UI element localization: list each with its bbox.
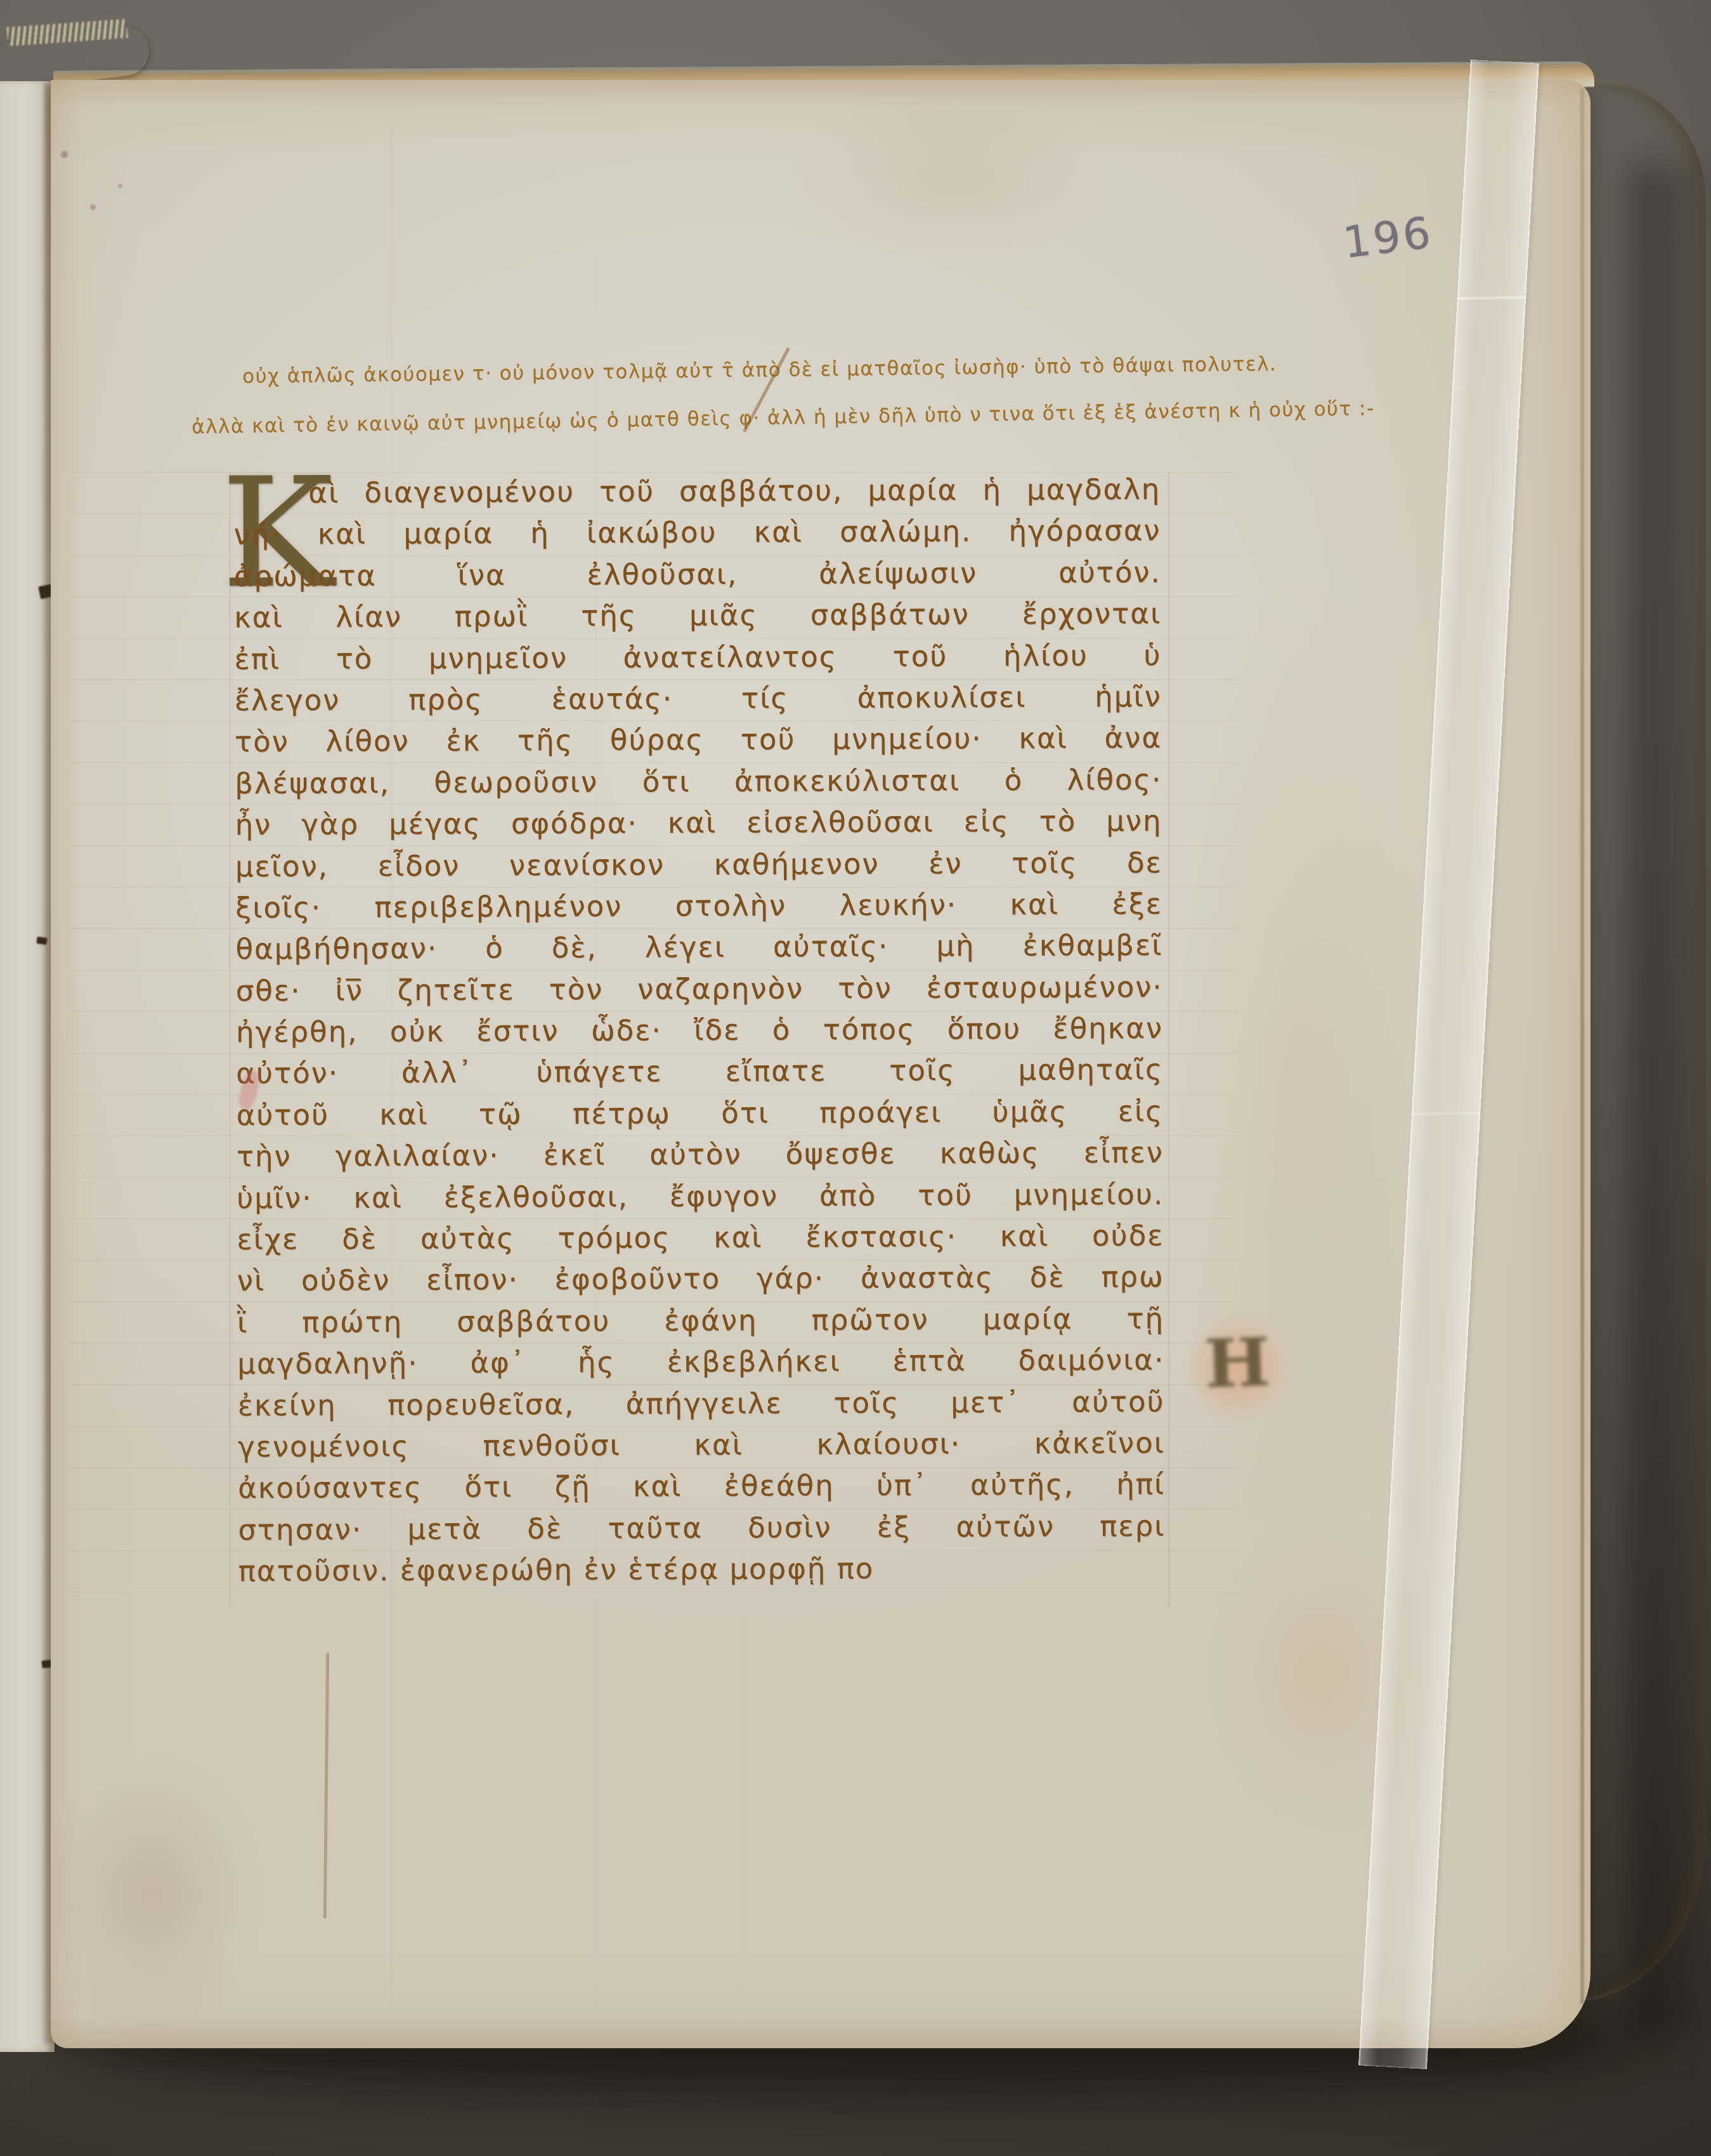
gospel-line: καὶ λίαν πρωῒ τῆς μιᾶς σαββάτων ἔρχονται [234, 593, 1161, 639]
left-margin-rule [230, 472, 231, 1607]
gospel-line: ἐκείνη πορευθεῖσα, ἀπήγγειλε τοῖς μετ᾽ α… [237, 1380, 1164, 1426]
gospel-line: αὶ διαγενομένου τοῦ σαββάτου, μαρία ἡ μα… [233, 469, 1161, 514]
gospel-line: βλέψασαι, θεωροῦσιν ὅτι ἀποκεκύλισται ὁ … [235, 759, 1162, 805]
right-margin-rule [1168, 472, 1169, 1607]
gospel-line: στησαν· μετὰ δὲ ταῦτα δυσὶν ἐξ αὐτῶν περ… [238, 1505, 1165, 1551]
gospel-line: ἦν γὰρ μέγας σφόδρα· καὶ εἰσελθοῦσαι εἰς… [235, 800, 1162, 846]
gospel-line: ὑμῖν· καὶ ἐξελθοῦσαι, ἔφυγον ἀπὸ τοῦ μνη… [237, 1173, 1164, 1219]
mold-speck [90, 204, 96, 210]
gospel-line: ἀκούσαντες ὅτι ζῇ καὶ ἐθεάθη ὑπ᾽ αὐτῆς, … [238, 1464, 1165, 1509]
mold-speck [118, 184, 122, 188]
gospel-line: ξιοῖς· περιβεβλημένον στολὴν λευκήν· καὶ… [235, 883, 1162, 929]
stamp-glyph: Н [1203, 1323, 1271, 1403]
gutter-wear-hole [36, 937, 47, 945]
gospel-line: μαγδαληνῇ· ἀφ᾽ ἧς ἐκβεβλήκει ἑπτὰ δαιμόν… [237, 1339, 1164, 1385]
tape-crease [1412, 1112, 1480, 1115]
gospel-line: μεῖον, εἶδον νεανίσκον καθήμενον ἐν τοῖς… [235, 841, 1162, 887]
gospel-text-block: Κ αὶ διαγενομένου τοῦ σαββάτου, μαρία ἡ … [233, 469, 1166, 1592]
manuscript-photo: 196 οὐχ ἁπλῶς ἀκούομεν τ· οὐ μόνον τολμᾷ… [0, 0, 1711, 2156]
mold-speck [61, 151, 68, 158]
gospel-line: πατοῦσιν. ἐφανερώθη ἐν ἑτέρᾳ μορφῇ πο [238, 1547, 1166, 1592]
gospel-line: νή· καὶ μαρία ἡ ἰακώβου καὶ σαλώμη. ἠγόρ… [233, 510, 1161, 555]
gospel-line: γενομένοις πενθοῦσι καὶ κλαίουσι· κἀκεῖν… [238, 1422, 1165, 1468]
gospel-line: νὶ οὐδὲν εἶπον· ἐφοβοῦντο γάρ· ἀναστὰς δ… [237, 1256, 1164, 1302]
gospel-line: εἶχε δὲ αὐτὰς τρόμος καὶ ἔκστασις· καὶ ο… [237, 1215, 1164, 1261]
tape-crease [1457, 297, 1526, 300]
gospel-line: ἐπὶ τὸ μνημεῖον ἀνατείλαντος τοῦ ἡλίου ὑ [234, 634, 1161, 680]
gospel-line: ἀρώματα ἵνα ἐλθοῦσαι, ἀλείψωσιν αὐτόν. [234, 552, 1161, 597]
page-fold-ridge [1580, 89, 1584, 2004]
vertical-crease [741, 1554, 743, 2023]
gospel-line: αὐτόν· ἀλλ᾽ ὑπάγετε εἴπατε τοῖς μαθηταῖς [236, 1049, 1163, 1094]
gospel-line: ῒ πρώτη σαββάτου ἐφάνη πρῶτον μαρίᾳ τῇ [237, 1298, 1164, 1344]
gospel-line: ἔλεγον πρὸς ἑαυτάς· τίς ἀποκυλίσει ἡμῖν [235, 676, 1162, 722]
gospel-line: τὴν γαλιλαίαν· ἐκεῖ αὐτὸν ὄψεσθε καθὼς ε… [237, 1132, 1164, 1178]
gospel-line: θαμβήθησαν· ὁ δὲ, λέγει αὐταῖς· μὴ ἐκθαμ… [235, 925, 1162, 970]
gospel-line: σθε· ἰν̅ ζητεῖτε τὸν ναζαρηνὸν τὸν ἐσταυ… [236, 966, 1163, 1011]
gospel-line: αὐτοῦ καὶ τῷ πέτρῳ ὅτι προάγει ὑμᾶς εἰς [236, 1091, 1163, 1136]
gospel-line: ἠγέρθη, οὐκ ἔστιν ὧδε· ἴδε ὁ τόπος ὅπου … [236, 1008, 1163, 1053]
gospel-line: τὸν λίθον ἐκ τῆς θύρας τοῦ μνημείου· καὶ… [235, 717, 1162, 763]
library-stamp-mark: Н [1185, 1310, 1292, 1424]
